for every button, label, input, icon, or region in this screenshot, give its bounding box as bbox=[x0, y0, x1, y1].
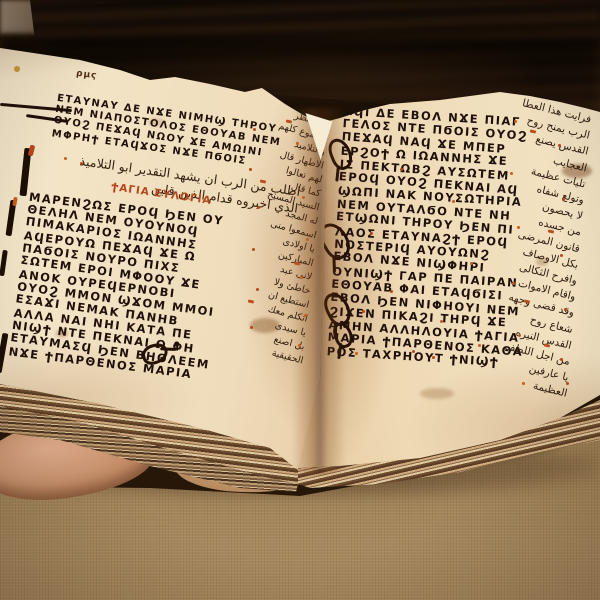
rubric-dot bbox=[302, 196, 305, 199]
rubric-dot bbox=[300, 276, 303, 279]
rubric-dot bbox=[370, 232, 373, 235]
rubric-dot bbox=[514, 120, 517, 123]
folio-number: ρμϛ bbox=[75, 69, 97, 82]
rubric-dot bbox=[400, 168, 403, 171]
rubric-dot bbox=[518, 334, 521, 337]
gutter-shadow bbox=[292, 108, 346, 474]
rubric-dot bbox=[432, 356, 435, 359]
wax-spot bbox=[14, 66, 20, 72]
rubric-dot bbox=[256, 288, 259, 291]
rubric-dot bbox=[512, 282, 515, 285]
rubric-dot bbox=[64, 157, 67, 160]
rubric-dot bbox=[390, 290, 393, 293]
rubric-dot bbox=[560, 358, 563, 361]
rubric-dot bbox=[522, 382, 525, 385]
rubric-dot bbox=[253, 128, 256, 131]
rubric-dot bbox=[80, 162, 83, 165]
rubric-dot bbox=[562, 198, 565, 201]
rubric-dot bbox=[306, 238, 309, 241]
rubric-dot bbox=[452, 200, 455, 203]
margin-initial-stroke bbox=[0, 250, 8, 276]
rubric-dot bbox=[510, 172, 513, 175]
rubric-dot bbox=[362, 310, 365, 313]
margin-rubric-accent bbox=[12, 197, 18, 207]
rubric-dot bbox=[298, 344, 301, 347]
rubric-dot bbox=[250, 326, 253, 329]
rubric-dot bbox=[566, 382, 569, 385]
rubric-dot bbox=[564, 308, 567, 311]
rubric-dot bbox=[304, 314, 307, 317]
rubric-dot bbox=[296, 142, 299, 145]
rubric-dot bbox=[412, 350, 415, 353]
rubric-dot bbox=[478, 344, 481, 347]
rubric-dot bbox=[560, 254, 563, 257]
rubric-dot bbox=[257, 206, 260, 209]
left-coptic-main-block: ΜΑΡΕΝϨΩΣ ΕΡΟϤ ϦΕΝ ΟΥΘΕΛΗΛ ΝΕΜ ΟΥΟΥΝΟϤΠΙΜ… bbox=[8, 190, 229, 384]
margin-initial-stroke bbox=[0, 333, 8, 373]
rubric-dot bbox=[517, 226, 520, 229]
rubric-dot bbox=[355, 352, 358, 355]
rubric-dot bbox=[440, 320, 443, 323]
rubric-dot bbox=[470, 262, 473, 265]
margin-rubric-accent bbox=[28, 145, 36, 157]
rubric-dot bbox=[558, 144, 561, 147]
rubric-dot bbox=[252, 248, 255, 251]
faint-stain bbox=[420, 388, 454, 399]
manuscript-photo-scene: ρμϛ ΕΤΑΥΝΑΥ ΔΕ ΝϪΕ ΝΙΜΗϢ ΤΗΡΟΥΝΕΜ ΝΙΑΠΟΣ… bbox=[0, 0, 600, 600]
rubric-dot bbox=[249, 168, 252, 171]
